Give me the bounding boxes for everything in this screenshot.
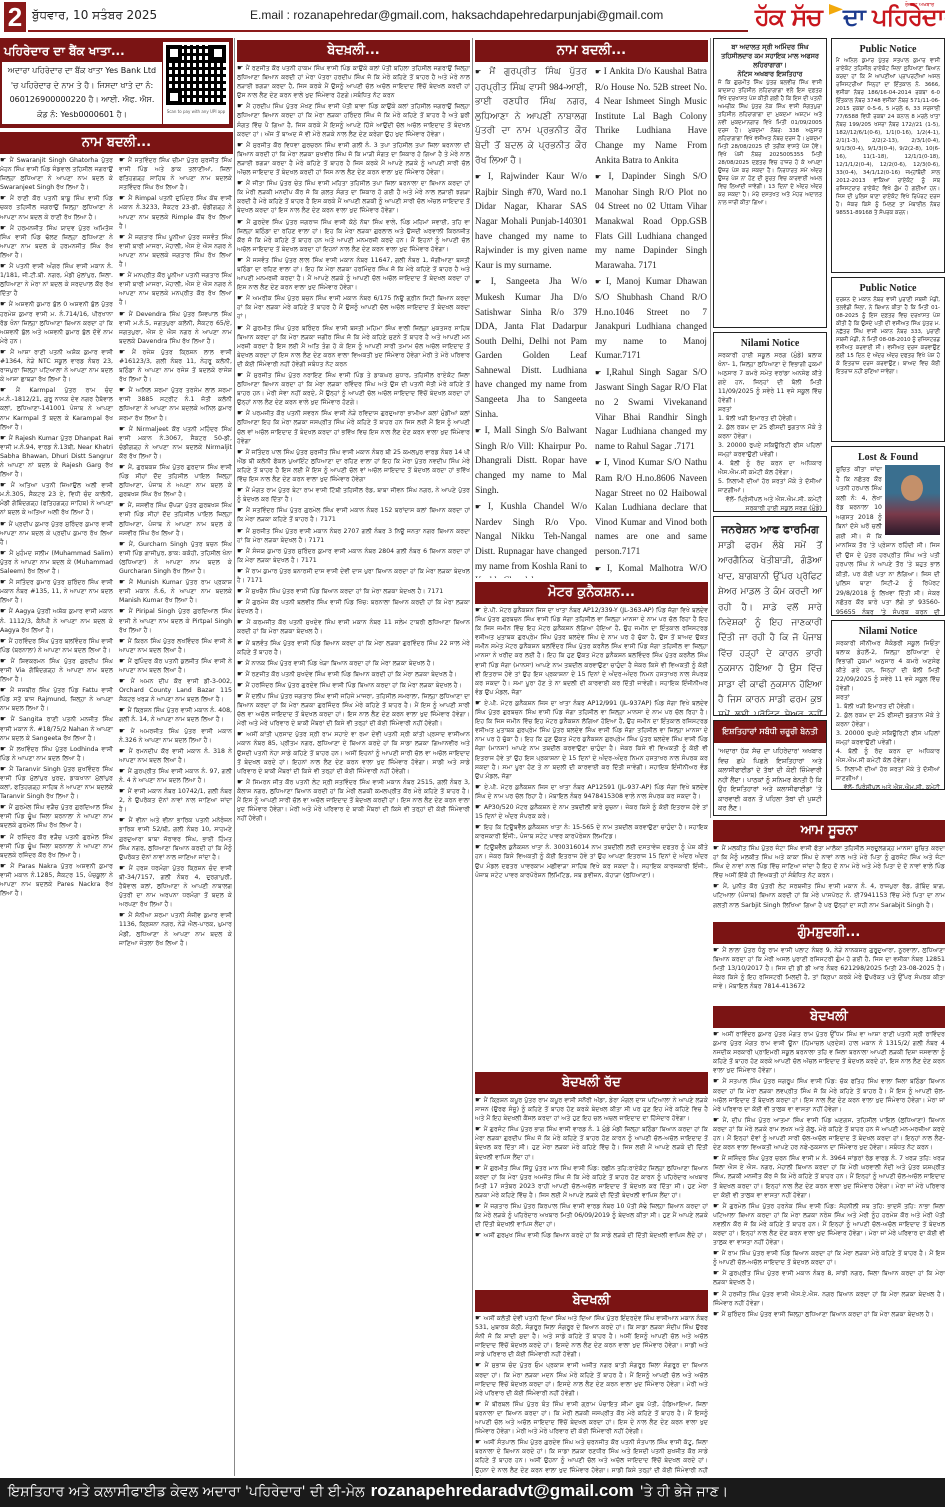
classified-entry: ਅਸੀਂ ਕਾਂਤੀ ਪ੍ਰਸਾਦ ਪੁੱਤਰ ਸ੍ਰੀ ਰਾਮ ਸਹਾਏ ਵਾ…	[237, 730, 470, 775]
classified-entry: I, Manoj Kumar Dhawan S/O Shubhash Chand…	[595, 274, 707, 363]
page-header: 2 ਬੁੱਧਵਾਰ, 10 ਸਤੰਬਰ 2025 E.mail : rozana…	[0, 0, 945, 36]
logo-text-1: ਹੱਕ ਸੱਚ	[755, 3, 829, 31]
classified-entry: ਟਿਊਬਵੈੱਲ ਕੁਨੈਕਸ਼ਨ ਖਾਤਾ ਨੰ. 300316014 ਨਾਮ…	[475, 843, 708, 879]
page-number: 2	[4, 2, 26, 32]
qr-code-icon	[166, 45, 226, 105]
bedakhli-right-section: ਬੇਦਖਲੀ ਅਸੀਂ ਰਾਵਿੰਦਰ ਕੁਮਾਰ ਪੁੱਤਰ ਮੰਗਤ ਰਾਮ…	[713, 1004, 945, 1476]
lost-and-found: Lost & Found ਸੂਚਿਤ ਕੀਤਾ ਜਾਂਦਾ ਹੈ ਕਿ ਨਛੱਤ…	[831, 446, 945, 616]
classified-entry: I, Sangeeta Jha W/o Mukesh Kumar Jha D/o…	[475, 274, 587, 421]
classified-entry: I, Mall Singh S/o Balwant Singh R/o Vill…	[475, 423, 587, 497]
header-divider	[28, 30, 748, 32]
motor-connection-section: ਮੋਟਰ ਕੁਨੈਕਸ਼ਨ... ਏ.ਪੀ. ਮੋਟਰ ਕੁਨੈਕਸ਼ਨ ਜਿਸ…	[475, 580, 708, 1070]
upi-qr-code[interactable]: Scan to pay with any UPI app	[163, 42, 229, 124]
court-notice-title: ਬਾ ਅਦਾਲਤ ਸ੍ਰੀ ਅਮਿੰਦਰ ਸਿੰਘ ਤਹਿਸੀਲਦਾਰ ਕਮ ਸ…	[718, 43, 822, 70]
naam-badli-left-column-1: ਮੈਂ Swaranjit Singh Ghatorha ਪੁੱਤਰ ਮੋਹਨ …	[0, 156, 113, 950]
classified-entry: ਮੈਂ ਗੁਰਦੇਵ ਸਿੰਘ ਪੁੱਤਰ ਜਗਰਾਜ ਸਿੰਘ ਵਾਸੀ ਕੋ…	[237, 218, 470, 254]
classified-entry: ਮੈਂ ਹਰਸ਼ ਧਰਮੰਗਾ ਪੁੱਤਰ ਕ੍ਰਿਸ਼ਨ ਚੰਦ ਵਾਸੀ ਬ…	[119, 864, 232, 909]
naam-badli-left-section: ਨਾਮ ਬਦਲੀ... ਮੈਂ Swaranjit Singh Ghatorha…	[0, 130, 233, 1476]
farming-title: ਜਨਰੇਸ਼ਨ ਆਫ ਫਾਰਮਿਗ	[718, 521, 822, 539]
nilami-intro: ਸਰਕਾਰੀ ਹਾਈ ਸਕੂਲ ਸਰਗ (ਮੁੰਡੇ) ਬਲਾਕ ਖੰਨਾ- 1…	[718, 351, 822, 405]
classified-entry: ਮੈਂ ਅਤਿਆ ਪਤਨੀ ਜ਼ਿਆਉਲ ਅਲੀ ਵਾਸੀ ਮ.ਨੰ.305, …	[0, 481, 113, 517]
classified-entry: ਮੈਂ ਆਸ਼ਾ ਰਾਣੀ ਪਤਨੀ ਅਸ਼ੋਕ ਕੁਮਾਰ ਵਾਸੀ #136…	[0, 348, 113, 384]
classified-entry: ਇਹ ਕਿ ਟਿਊਬਵੈੱਲ ਕੁਨੈਕਸ਼ਨ ਖਾਤਾ ਨੰ: 15-565 …	[475, 823, 708, 841]
classified-entry: ਮੈਂ Swaranjit Singh Ghatorha ਪੁੱਤਰ ਮੋਹਨ …	[0, 156, 113, 192]
classified-entry: ਮੈਂ ਗੁਰਜੰਟ ਸਿੰਘ ਪੁੱਤਰ ਭਾਗ ਸਿੰਘ ਵਾਸੀ ਵਾਰਡ…	[475, 1125, 708, 1161]
classified-entry: ਮੈਂ ਗੁਰਮੀਤ ਸਿੰਘ ਸਿੱਧੂ ਪੁੱਤਰ ਮਾਨ ਸਿੰਘ ਵਾਸ…	[475, 1164, 708, 1200]
footer-text-before: ਇਸ਼ਤਿਹਾਰ ਅਤੇ ਕਲਾਸੀਫਾਈਡ ਕੇਵਲ ਅਦਾਰਾ 'ਪਹਿਰੇ…	[8, 1484, 365, 1500]
aam-suchna-section: ਆਮ ਸੂਚਨਾ ਮੈਂ ਮਲਕੀਤ ਸਿੰਘ ਪੁੱਤਰ ਜੰਟਾ ਸਿੰਘ …	[713, 818, 945, 918]
nilami-condition: 4. ਬੋਲੀ ਨੂੰ ਰੱਦ ਕਰਨ ਦਾ ਅਧਿਕਾਰ ਐਸ.ਐਮ.ਸੀ ਕ…	[718, 459, 822, 477]
classified-entry: ਮੈਂ ਰਜੇਸ਼ ਪੁੱਤਰ ਕ੍ਰਿਸ਼ਨ ਲਾਲ ਵਾਸੀ #16123/…	[119, 348, 232, 384]
section-title-gumshudgi: ਗੁੰਮਸ਼ੁਦਗੀ...	[713, 922, 945, 944]
classified-entry: ਮੈਂ ਕ੍ਰਿਸ਼ਨ ਸਿੰਘ ਪੁੱਤਰ ਵਾਸੀ ਮਕਾਨ ਨੰ. 408…	[119, 706, 232, 724]
classified-entry: ਮੈਂ ਸੁਰਜੀਤ ਸਿੰਘ ਪੁੱਤਰ ਨਰਾਇਣ ਸਿੰਘ ਵਾਸੀ ਪਿ…	[237, 371, 470, 407]
nilami-condition: 2. ਕੁੱਲ ਰਕਮ ਦਾ 25 ਫੀਸਦੀ ਭੁਗਤਾਨ ਮੌਕੇ ਤੇ ਕ…	[718, 423, 822, 441]
section-title-bedakhli: ਬੇਦਖ਼ਲੀ...	[237, 40, 470, 62]
ad-request-body: 'ਅਦਾਰਾ ਹੱਕ ਸੱਚ ਦਾ ਪਹਿਰੇਦਾਰ' ਅਖਬਾਰ ਵਿਚ ਛਪ…	[714, 743, 826, 816]
aam-suchna-list: ਮੈਂ ਮਲਕੀਤ ਸਿੰਘ ਪੁੱਤਰ ਜੰਟਾ ਸਿੰਘ ਵਾਸੀ ਫੱਤਾ…	[713, 844, 945, 910]
classified-entry: ਮੈਂ ਨਾਨਕ ਸਿੰਘ ਪੁੱਤਰ ਵਾਸੀ ਪਿੰਡ ਖੇੜਾ ਬਿਆਨ …	[237, 659, 470, 668]
court-notice: ਬਾ ਅਦਾਲਤ ਸ੍ਰੀ ਅਮਿੰਦਰ ਸਿੰਘ ਤਹਿਸੀਲਦਾਰ ਕਮ ਸ…	[713, 38, 827, 328]
public-notice-title: Public Notice	[836, 43, 940, 57]
naam-badli-left-column-2: ਮੈਂ ਸਤਵਿੰਦਰ ਸਿੰਘ ਚੀਮਾ ਪੁੱਤਰ ਸੁਰਜੀਤ ਸਿੰਘ …	[119, 156, 232, 950]
bedakhli-center-section: ਬੇਦਖ਼ਲੀ... ਮੈਂ ਰਣਜੀਤ ਕੌਰ ਪਤਨੀ ਹਾਕਮ ਸਿੰਘ …	[237, 38, 470, 1476]
nilami-conditions-label: ਸ਼ਰਤਾਂ	[718, 405, 822, 414]
classified-entry: ਮੈਂ ਪ੍ਰਦੀਪ ਕੁਮਾਰ ਪੁੱਤਰ ਸੁਰਿੰਦਰ ਕੁਮਾਰ ਵਾਸ…	[0, 520, 113, 547]
classified-entry: I Ankita D/o Kaushal Batra R/o House No.…	[595, 64, 707, 167]
header-email: E.mail : rozanapehredar@gmail.com, haksa…	[250, 8, 663, 22]
classified-entry: ਮੈਂ ਰਣਜੀਤ ਕੌਰ ਪਤਨੀ ਸੁਖਦੇਵ ਸਿੰਘ ਵਾਸੀ ਪਿੰਡ…	[237, 670, 470, 679]
nilami-intro-2: ਸਰਕਾਰੀ ਸੀਨੀਅਰ ਸੈਕੰਡਰੀ ਸਕੂਲ ਜਿਓਂਤਾ ਬਲਾਕ ਡ…	[836, 639, 940, 693]
footer-email-link[interactable]: rozanapehredaradvt@gmail.com	[371, 1481, 634, 1500]
nilami-condition: 1. ਬੋਲੀ ਖੜੀ ਇਮਾਰਤ ਦੀ ਹੋਵੇਗੀ।	[836, 702, 940, 711]
classified-entry: AP30/520 ਮੋਟਰ ਕੁਨੈਕਸ਼ਨ ਦੇ ਨਾਮ ਤਬਦੀਲੀ ਬਾਰ…	[475, 803, 708, 821]
classified-entry: ਮੈਂ ਜਸਵੰਤ ਸਿੰਘ ਪੁੱਤਰ ਲਾਲ ਸਿੰਘ ਵਾਸੀ ਮਕਾਨ …	[237, 256, 470, 292]
classified-entry: ਮੈਂ ਸੁਭਾਸ਼ ਚੰਦ ਪੁੱਤਰ ਓਮ ਪ੍ਰਕਾਸ਼ ਵਾਸੀ ਅਜੀ…	[475, 1361, 708, 1397]
nilami-signature: ਵੱਲੋਂ- ਪ੍ਰਿੰਸੀਪਲ ਅਤੇ ਐਸ.ਐਮ.ਸੀ. ਕਮੇਟੀ ਸਰਕ…	[718, 495, 822, 512]
classified-entry: ਮੈਂ ਪਤਨੀ ਵਾਸੀ ਅੰਗਰ ਸਿੰਘ ਵਾਸੀ ਮਕਾਨ ਨੰ. 1/…	[0, 262, 113, 298]
section-title-bedakhli-radd: ਬੇਦਖਲੀ ਰੱਦ	[475, 1072, 708, 1094]
naam-badli-center-section: ਨਾਮ ਬਦਲੀ... ਮੈਂ ਗੁਰਪ੍ਰੀਤ ਸਿੰਘ ਪੁੱਤਰ ਹਰਪ੍…	[475, 38, 708, 578]
bank-details: ਅਦਾਰਾ ਪਹਿਰੇਦਾਰ ਦਾ ਬੈਂਕ ਖਾਤਾ Yes Bank Ltd…	[2, 62, 162, 124]
gumshudgi-list: ਮੈਂ ਲਾਲਾ ਪੁੱਤਰ ਧੰਨੂ ਰਾਮ ਵਾਸੀ ਪਲਾਟ ਨੰਬਰ 9…	[713, 946, 945, 991]
classified-entry: ਮੈਂ ਅਮਰਜੀਤ ਸਿੰਘ ਪੁੱਤਰ ਵਾਸੀ ਮਕਾਨ ਨੰ.326 ਨ…	[119, 727, 232, 745]
classified-entry: ਮੈਂ ਰਾਮ ਸਿੰਘ ਪੁੱਤਰ ਵਾਸੀ ਪਿੰਡ ਬਿਆਨ ਕਰਦਾ ਹ…	[713, 1249, 945, 1267]
bedakhli-bottom-list: ਅਸੀਂ ਕਲੋਤੀ ਦੇਵੀ ਪਤਨੀ ਦਿਆ ਸਿੰਘ ਅਤੇ ਦਿਆ ਸਿ…	[475, 1314, 708, 1476]
classified-entry: ਮੈਂ, ਗੁਰਬਕਸ਼ ਸਿੰਘ ਪੁੱਤਰ ਗੁਰਦਾਸ ਸਿੰਘ ਵਾਸੀ…	[119, 463, 232, 499]
classified-entry: ਮੈਂ Paras Nakra ਪੁੱਤਰ ਅਸ਼ਵਨੀ ਕੁਮਾਰ ਵਾਸੀ …	[0, 862, 113, 898]
ad-request-title: ਇਸ਼ਤਿਹਾਰਾਂ ਸਬੰਧੀ ਜ਼ਰੂਰੀ ਬੇਨਤੀ	[714, 721, 826, 743]
nilami-title-2: Nilami Notice	[836, 625, 940, 639]
classified-entry: I,Rahul Singh Sagar S/O Jaswant Singh Sa…	[595, 365, 707, 454]
classified-entry: ਮੈਂ ਅਸ਼ਵਨੀ ਕੁਮਾਰ ਬੁੱਲ 0 ਅਸ਼ਵਨੀ ਬੁੱਲ ਪੁੱਤ…	[0, 300, 113, 345]
classified-entry: ਮੈਂ ਵਾਸੀ ਮਕਾਨ ਨੰਬਰ 10742/1, ਗਲੀ ਨੰਬਰ 2, …	[119, 787, 232, 814]
lost-found-title: Lost & Found	[836, 451, 940, 465]
public-notice-body-2: ਦਰਸ਼ਨ ਦੇ ਮਕਾਨ ਨੰਬਰ ਵਾਸੀ ਪੁਰਾਣੀ ਸਬਜ਼ੀ ਮੰਡ…	[836, 296, 940, 376]
nilami-notice-1: Nilami Notice ਸਰਕਾਰੀ ਹਾਈ ਸਕੂਲ ਸਰਗ (ਮੁੰਡੇ…	[713, 332, 827, 512]
classified-entry: ਮੈਂ Munish Kumar ਪੁੱਤਰ ਰਾਮ ਪ੍ਰਕਾਸ਼ ਵਾਸੀ …	[119, 578, 232, 605]
classified-entry: I, Kushla Chandel W/o Nardev Singh R/o V…	[475, 499, 587, 578]
nilami-condition: 3. 20000 ਰੁਪਏ ਸਕਿਊਰਿਟੀ ਫੀਸ ਪਹਿਲਾਂ ਜਮ੍ਹਾਂ…	[836, 729, 940, 747]
classified-entry: ਮੈਂ Rimpal ਪਤਨੀ ਦੁਪਿੰਦਰ ਸਿੰਘ ਕੋਂਥ ਵਾਸੀ ਮ…	[119, 194, 232, 230]
publication-date: ਬੁੱਧਵਾਰ, 10 ਸਤੰਬਰ 2025	[32, 8, 157, 23]
classified-entry: ਮੈਂ ਗੁਰਮੀਤ ਸਿੰਘ ਪੁੱਤਰ ਬਰਿੰਦਰ ਸਿੰਘ ਵਾਸੀ ਬ…	[237, 324, 470, 369]
classified-entry: ਮੈਂ ਅਮਰੀਕ ਸਿੰਘ ਪੁੱਤਰ ਬਚਨ ਸਿੰਘ ਵਾਸੀ ਮਕਾਨ …	[237, 294, 470, 321]
classified-entry: ਮੈਂ ਸ਼ਿਵਕਰਮਨ ਸਿੰਘ ਪੁੱਤਰ ਗੁਰਦੀਪ ਸਿੰਘ ਵਾਸੀ…	[0, 657, 113, 684]
bedakhli-bottom-section: ਬੇਦਖਲੀ ਅਸੀਂ ਕਲੋਤੀ ਦੇਵੀ ਪਤਨੀ ਦਿਆ ਸਿੰਘ ਅਤੇ…	[475, 1288, 708, 1476]
classified-entry: ਮੈਂ ਜਸਿੰਦਰ ਸਿੰਘ ਪੁੱਤਰ ਚਰਨ ਸਿੰਘ ਵਾਸੀ ਮ ਨੰ…	[713, 1154, 945, 1199]
footer-banner: ਇਸ਼ਤਿਹਾਰ ਅਤੇ ਕਲਾਸੀਫਾਈਡ ਕੇਵਲ ਅਦਾਰਾ 'ਪਹਿਰੇ…	[0, 1478, 945, 1507]
flag-icon	[829, 4, 843, 22]
column-divider	[710, 38, 711, 818]
classified-entry: ਮੈਂ ਹਰਮਨਜੀਤ ਸਿੰਘ ਯਾਦਵ ਪੁੱਤਰ ਅਮਿਤੋਜ ਸਿੰਘ …	[0, 224, 113, 260]
nilami-title: Nilami Notice	[718, 337, 822, 351]
classified-entry: I, Rajwinder Kaur W/o Rajbir Singh #70, …	[475, 169, 587, 272]
public-notice-title-2: Public Notice	[836, 282, 940, 296]
classified-entry: ਮੈਂ Aagya ਪੁੱਤਰੀ ਅਸ਼ੋਕ ਕੁਮਾਰ ਵਾਸੀ ਮਕਾਨ ਨ…	[0, 607, 113, 634]
classified-entry: ਮੈਂ Piripal Singh ਪੁੱਤਰ ਗੁਰਦਿਆਲ ਸਿੰਘ ਵਾਸ…	[119, 607, 232, 634]
classified-entry: ਮੈਂ ਸੁਰਜੀਤ ਸਿੰਘ ਪੁੱਤਰ ਵਾਸੀ ਮਕਾਨ ਨੰਬਰ 270…	[237, 527, 470, 545]
nilami-condition: 4. ਬੋਲੀ ਨੂੰ ਰੱਦ ਕਰਨ ਦਾ ਅਧਿਕਾਰ ਐਸ.ਐਮ.ਸੀ ਕ…	[836, 747, 940, 765]
classified-entry: ਮੈਂ ਮੰਗਤ ਰਾਮ ਪੁੱਤਰ ਬੇਟਾ ਰਾਮ ਵਾਸੀ ਟਿੱਬੀ ਤ…	[237, 486, 470, 504]
bank-account-box: ਪਹਿਰੇਦਾਰ ਦਾ ਬੈਂਕ ਖਾਤਾ... ਅਦਾਰਾ ਪਹਿਰੇਦਾਰ …	[0, 38, 233, 128]
ad-request-notice: ਇਸ਼ਤਿਹਾਰਾਂ ਸਬੰਧੀ ਜ਼ਰੂਰੀ ਬੇਨਤੀ 'ਅਦਾਰਾ ਹੱਕ…	[713, 720, 827, 816]
classified-entry: ਮੈਂ ਸਤਵਿੰਦਰ ਸਿੰਘ ਪੁੱਤਰ ਗੁਰਮੇਲ ਸਿੰਘ ਵਾਸੀ …	[237, 506, 470, 524]
logo-text-2: ਦਾ	[843, 3, 872, 31]
right-column-a: ਬਾ ਅਦਾਲਤ ਸ੍ਰੀ ਅਮਿੰਦਰ ਸਿੰਘ ਤਹਿਸੀਲਦਾਰ ਕਮ ਸ…	[713, 38, 827, 818]
classified-entry: ਮੈਂ ਗੁਰਪ੍ਰੀਤ ਸਿੰਘ ਵਾਸੀ ਮਕਾਨ ਨੰ. 97, ਗਲੀ …	[119, 767, 232, 785]
classified-entry: ਮੈਂ ਰਾਣੀ ਕੌਰ ਪਤਨੀ ਬਾਬੂ ਸਿੰਘ ਵਾਸੀ ਪਿੰਡ ਚਕ…	[0, 194, 113, 221]
classified-entry: ਮੈਂ ਰਮਨਦੀਪ ਕੌਰ ਵਾਸੀ ਮਕਾਨ ਨੰ. 318 ਨੇ ਆਪਣਾ…	[119, 747, 232, 765]
classified-entry: ਮੈਂ ਹਰਜਿੰਦਰ ਸਿੰਘ ਪੁੱਤਰ ਗੁਰਦੇਵ ਸਿੰਘ ਵਾਸੀ …	[237, 681, 470, 690]
farming-body: ਸਾਡੀ ਫਰਮ ਲੰਬੇ ਸਮੇਂ ਤੋਂ ਆਰਗੈਨਿਕ ਖੇਤੀਬਾੜੀ,…	[718, 539, 822, 716]
classified-entry: ਅਸੀਂ ਗੁਰਮੁਖ ਸਿੰਘ ਵਾਸੀ ਪਿੰਡ ਬਿਆਨ ਕਰਦੇ ਹਾਂ…	[475, 1231, 708, 1240]
column-divider	[234, 38, 235, 1476]
footer-text-after: 'ਤੇ ਹੀ ਭੇਜੇ ਜਾਣ।	[640, 1484, 728, 1500]
classified-entry: ਮੈਂ ਮਲਕੀਤ ਸਿੰਘ ਪੁੱਤਰ ਜੰਟਾ ਸਿੰਘ ਵਾਸੀ ਫੱਤਾ…	[713, 844, 945, 880]
section-title-aam-suchna: ਆਮ ਸੂਚਨਾ	[713, 820, 945, 842]
public-notice-body: ਮੈਂ ਅਨਿਲ ਕੁਮਾਰ ਪੁੱਤਰ ਸਤਪਾਲ ਕੁਮਾਰ ਵਾਸੀ ਰਾ…	[836, 57, 940, 217]
classified-entry: ਮੈਂ ਹਰਜੀਤ ਸਿੰਘ ਪੁੱਤਰ ਵਾਸੀ ਐਸ.ਏ.ਐਸ. ਨਗਰ ਬ…	[713, 1290, 945, 1308]
classified-entry: ਅਸੀਂ ਰਾਵਿੰਦਰ ਕੁਮਾਰ ਪੁੱਤਰ ਮੰਗਤ ਰਾਮ ਪੁੱਤਰ …	[713, 1030, 945, 1075]
classified-entry: ਮੈਂ ਗੁਰਮੇਜ ਕੌਰ ਪਤਨੀ ਬਲਵੀਰ ਸਿੰਘ ਵਾਸੀ ਪਿੰਡ…	[237, 598, 470, 616]
bedakhli-center-list: ਮੈਂ ਰਣਜੀਤ ਕੌਰ ਪਤਨੀ ਹਾਕਮ ਸਿੰਘ ਵਾਸੀ ਪਿੰਡ ਕ…	[237, 64, 470, 823]
bedakhli-right-list: ਅਸੀਂ ਰਾਵਿੰਦਰ ਕੁਮਾਰ ਪੁੱਤਰ ਮੰਗਤ ਰਾਮ ਪੁੱਤਰ …	[713, 1030, 945, 1319]
naam-badli-center-column-2: I Ankita D/o Kaushal Batra R/o House No.…	[595, 64, 707, 578]
column-divider	[472, 38, 473, 1476]
classified-entry: ਮੈਂ, Gurcharn Singh ਪੁੱਤਰ ਬਚਨ ਸਿੰਘ ਵਾਸੀ …	[119, 540, 232, 576]
section-title-motor-connection: ਮੋਟਰ ਕੁਨੈਕਸ਼ਨ...	[475, 582, 708, 604]
classified-entry: ਮੈਂ ਵੀਨਾ ਅਤੇ ਵੀਨਾ ਭਾਰਿਕ ਪਤਨੀ ਮਨੋਰੰਜਨ ਭਾਰ…	[119, 816, 232, 861]
nilami-condition: 2. ਕੁੱਲ ਰਕਮ ਦਾ 25 ਫੀਸਦੀ ਭੁਗਤਾਨ ਮੌਕੇ ਤੇ ਕ…	[836, 711, 940, 729]
classified-entry: ਅਸੀਂ ਸੰਤਪਾਲ ਸਿੰਘ ਪੁੱਤਰ ਗੁਰਦੇਵ ਸਿੰਘ ਅਤੇ ਚ…	[475, 1438, 708, 1476]
section-title-bedakhli-right: ਬੇਦਖਲੀ	[713, 1006, 945, 1028]
court-notice-body: ਜੋ ਕਿ ਗੁਰਮੀਤ ਸਿੰਘ ਪੁੱਤਰ ਬਲਵੀਰ ਸਿੰਘ ਵਾਸੀ …	[718, 79, 822, 207]
classified-entry: ਮੈਂ ਰਾਮ ਕੁਮਾਰ ਪੁੱਤਰ ਬਨਾਰਸੀ ਦਾਸ ਵਾਸੀ ਦੇਵੀ…	[237, 567, 470, 585]
public-notice-2: Public Notice ਦਰਸ਼ਨ ਦੇ ਮਕਾਨ ਨੰਬਰ ਵਾਸੀ ਪੁ…	[831, 277, 945, 442]
classified-entry: ਮੈਂ ਸੁਰਿੰਦਰ ਸਿੰਘ ਪੁੱਤਰ ਵਾਸੀ ਜ਼ਿਲ੍ਹਾ ਲੁਧਿ…	[713, 1310, 945, 1319]
classified-entry: ਮੈਂ ਰਣਜੀਤ ਕੌਰ ਪਤਨੀ ਹਾਕਮ ਸਿੰਘ ਵਾਸੀ ਪਿੰਡ ਕ…	[237, 64, 470, 100]
classified-entry: ਮੈਂ ਅਨਿਲ ਸ਼ਰਮਾ ਪੁੱਤਰ ਤਰਸੇਮ ਲਾਲ ਸ਼ਰਮਾ ਵਾਸ…	[119, 386, 232, 422]
classified-entry: ਮੈਂ ਬਲਵੰਤ ਸਿੰਘ ਪੁੱਤਰ ਵਾਸੀ ਪਿੰਡ ਬਿਆਨ ਕਰਦਾ…	[237, 639, 470, 657]
classified-entry: ਮੈਂ ਕਿਰਨ ਸਿੰਘ ਪੁੱਤਰ ਲਖਵਿੰਦਰ ਸਿੰਘ ਵਾਸੀ ਨੇ…	[119, 637, 232, 655]
bedakhli-radd-list: ਮੈਂ ਕ੍ਰਿਸ਼ਨ ਕਪੂਰ ਪੁੱਤਰ ਰਾਮ ਕਪੂਰ ਵਾਸੀ ਸਨੌ…	[475, 1096, 708, 1240]
classified-entry: ਮੈਂ ਰਜਿੰਦਰ ਕੌਰ ਵੜੈਚ ਪਤਨੀ ਗੁਰਮੇਲ ਸਿੰਘ ਵਾਸ…	[0, 833, 113, 860]
classified-entry: ਮੈਂ, ਦੀਪ ਸਿੰਘ ਪੁੱਤਰ ਆਤਮਾ ਸਿੰਘ ਵਾਸੀ ਪਿੰਡ …	[713, 1116, 945, 1152]
classified-entry: ਮੈਂ Rajesh Kumar ਪੁੱਤਰ Dhanpat Rai ਵਾਸੀ …	[0, 434, 113, 479]
classified-entry: ਮੈਂ Nirmaljeet ਕੌਰ ਪਤਨੀ ਮਹਿੰਦਰ ਸਿੰਘ ਵਾਸੀ…	[119, 425, 232, 461]
classified-entry: ਮੈਂ Karmpal ਪੁੱਤਰ ਰਾਮ ਚੰਦ ਮ.ਨੰ.-1812/21,…	[0, 386, 113, 431]
classified-entry: I, Komal Malhotra W/O Saurabh Malhotra R…	[595, 561, 707, 578]
classified-entry: ਅਸੀਂ ਕਲੋਤੀ ਦੇਵੀ ਪਤਨੀ ਦਿਆ ਸਿੰਘ ਅਤੇ ਦਿਆ ਸਿ…	[475, 1314, 708, 1359]
bank-title: ਪਹਿਰੇਦਾਰ ਦਾ ਬੈਂਕ ਖਾਤਾ...	[4, 42, 125, 60]
classified-entry: ਮੈਂ ਗੁਰਮੇਲ ਸਿੰਘ ਪੁੱਤਰ ਹਰਨੇਕ ਸਿੰਘ ਵਾਸੀ ਪਿ…	[713, 1202, 945, 1247]
qr-caption: Scan to pay with any UPI app	[166, 109, 226, 114]
classified-entry: ਮੈਂ, ਜਸਵੀਰ ਸਿੰਘ ਚੌਪੜਾ ਪੁੱਤਰ ਗੁਰਬਖਸ਼ ਸਿੰਘ…	[119, 501, 232, 537]
nilami-signature-2: ਵੱਲੋਂ- ਪ੍ਰਿੰਸੀਪਲ ਅਤੇ ਐਸ.ਐਮ.ਸੀ. ਕਮੇਟੀ ਸਰਕ…	[836, 783, 940, 790]
court-notice-subtitle: ਨੋਟਿਸ ਅਖਬਾਰ ਇਸ਼ਤਿਹਾਰ	[718, 70, 822, 79]
classified-entry: ਮੈਂ Devendra ਸਿੰਘ ਪੁੱਤਰ ਸ਼ਿਵਪਾਲ ਸਿੰਘ ਵਾਸ…	[119, 310, 232, 346]
classified-entry: ਮੈਂ ਗੁਰਮੇਲ ਸਿੰਘ ਵੜੈਚ ਪੁੱਤਰ ਗੁਰਦਿਆਲ ਸਿੰਘ …	[0, 803, 113, 830]
classified-entry: ਮੈਂ ਗੁਰਪ੍ਰੀਤ ਸਿੰਘ ਪੁੱਤਰ ਹਰਪ੍ਰੀਤ ਸਿੰਘ ਵਾਸ…	[475, 64, 587, 167]
public-notice-1: Public Notice ਮੈਂ ਅਨਿਲ ਕੁਮਾਰ ਪੁੱਤਰ ਸਤਪਾਲ…	[831, 38, 945, 273]
classified-entry: ਮੈਂ ਜੀਤਾ ਸਿੰਘ ਪੁੱਤਰ ਚੇਤ ਸਿੰਘ ਵਾਸੀ ਮਹਿਤਾ …	[237, 179, 470, 215]
classified-entry: ਏ.ਪੀ. ਮੋਟਰ ਕੁਨੈਕਸ਼ਨ ਜਿਸ ਦਾ ਖਾਤਾ ਨੰਬਰ AP1…	[475, 699, 708, 781]
classified-entry: ਮੈਂ ਰੁਪਿੰਦਰ ਕੌਰ ਪਤਨੀ ਕੁਲਜੀਤ ਸਿੰਘ ਵਾਸੀ ਨੇ…	[119, 657, 232, 675]
classified-entry: ਮੈਂ ਲਾਲਾ ਪੁੱਤਰ ਧੰਨੂ ਰਾਮ ਵਾਸੀ ਪਲਾਟ ਨੰਬਰ 9…	[713, 946, 945, 991]
section-title-naam-badli-2: ਨਾਮ ਬਦਲੀ...	[475, 40, 708, 62]
naam-badli-center-column-1: ਮੈਂ ਗੁਰਪ੍ਰੀਤ ਸਿੰਘ ਪੁੱਤਰ ਹਰਪ੍ਰੀਤ ਸਿੰਘ ਵਾਸ…	[475, 64, 587, 578]
classified-entry: ਮੈਂ ਸੋਨੀਆ ਸ਼ਰਮਾ ਪਤਨੀ ਸੰਜੀਵ ਕੁਮਾਰ ਵਾਸੀ 11…	[119, 911, 232, 947]
nilami-condition: 5. ਨਿਲਾਮੀ ਦੀਆਂ ਹੋਰ ਸ਼ਰਤਾਂ ਮੌਕੇ ਤੇ ਦੱਸੀਆਂ…	[718, 477, 822, 495]
classified-entry: ਏ.ਪੀ. ਮੋਟਰ ਕੁਨੈਕਸ਼ਨ ਜਿਸ ਦਾ ਖਾਤਾ ਨੰਬਰ AP1…	[475, 606, 708, 697]
classified-entry: ਮੈਂ ਸਿਮਰਨ ਜੀਤ ਕੌਰ ਪਤਨੀ ਲੇਟ ਸ੍ਰੀ ਸਤਵਿੰਦਰ …	[237, 778, 470, 823]
classified-entry: ਮੈਂ ਸਤਪਾਲ ਸਿੰਘ ਪੁੱਤਰ ਜਗਰੂਪ ਸਿੰਘ ਵਾਸੀ ਪਿੰ…	[713, 1077, 945, 1113]
bedakhli-radd-section: ਬੇਦਖਲੀ ਰੱਦ ਮੈਂ ਕ੍ਰਿਸ਼ਨ ਕਪੂਰ ਪੁੱਤਰ ਰਾਮ ਕਪ…	[475, 1070, 708, 1285]
nilami-condition: 3. 20000 ਰੁਪਏ ਸਕਿਊਰਿਟੀ ਫੀਸ ਪਹਿਲਾਂ ਜਮ੍ਹਾਂ…	[718, 441, 822, 459]
classified-entry: ਮੈਂ ਸਤਵਿੰਦਰ ਸਿੰਘ ਚੀਮਾ ਪੁੱਤਰ ਸੁਰਜੀਤ ਸਿੰਘ …	[119, 156, 232, 192]
section-title-naam-badli: ਨਾਮ ਬਦਲੀ...	[0, 132, 233, 154]
classified-entry: ਮੈਂ ਜਗਤਾਰ ਸਿੰਘ ਪੂਨੀਆ ਪੁੱਤਰ ਜਸਵੰਤ ਸਿੰਘ ਵਾ…	[119, 233, 232, 269]
right-column-b: Public Notice ਮੈਂ ਅਨਿਲ ਕੁਮਾਰ ਪੁੱਤਰ ਸਤਪਾਲ…	[831, 38, 945, 818]
classified-entry: ਮੈਂ ਸੁਰਜੀਤ ਕੌਰ ਵਿਧਵਾ ਗੁਰਚਰਨ ਸਿੰਘ ਵਾਸੀ ਗਲ…	[237, 141, 470, 177]
classified-entry: ਮੈਂ ਦਲੀਪ ਸਿੰਘ ਪੁੱਤਰ ਜਗਤਾਰ ਸਿੰਘ ਵਾਸੀ ਜਹਿਜ…	[237, 692, 470, 728]
classified-entry: ਮੈਂ Sangita ਰਾਣੀ ਪਤਨੀ ਮਨਜੀਤ ਸਿੰਘ ਵਾਸੀ ਮਕ…	[0, 715, 113, 742]
nilami-condition: 1. ਬੋਲੀ ਖੜੀ ਇਮਾਰਤ ਦੀ ਹੋਵੇਗੀ।	[718, 414, 822, 423]
classified-entry: ਮੈਂ ਸਤਿੰਦਰ ਕੁਮਾਰ ਪੁੱਤਰ ਸੁਰਿੰਦਰ ਸਿੰਘ ਵਾਸੀ…	[0, 578, 113, 605]
classified-entry: ਮੈਂ Taranvir Singh ਪੁੱਤਰ ਸੁਖਵਿੰਦਰ ਸਿੰਘ ਵ…	[0, 765, 113, 801]
classified-entry: ਮੈਂ ਗੁਰਪ੍ਰੀਤ ਸਿੰਘ ਪੁੱਤਰ ਵਾਸੀ ਮਕਾਨ ਨੰਬਰ 8…	[713, 1269, 945, 1287]
nilami-notice-2: Nilami Notice ਸਰਕਾਰੀ ਸੀਨੀਅਰ ਸੈਕੰਡਰੀ ਸਕੂਲ…	[831, 620, 945, 790]
section-title-bedakhli-bottom: ਬੇਦਖਲੀ	[475, 1290, 708, 1312]
classified-entry: ਮੈਂ ਅਮਨ ਦੀਪ ਕੌਰ ਵਾਸੀ ਡੀ-3-002, Orchard C…	[119, 677, 232, 704]
classified-entry: ਮੈਂ, ਪੁਨੀਤ ਕੌਰ ਪੁੱਤਰੀ ਲੇਟ ਸਰਬਜੀਤ ਸਿੰਘ ਵਾ…	[713, 882, 945, 909]
classified-entry: ਮੈਂ ਬੀਰਬਲ ਸਿੰਘ ਪੁੱਤਰ ਬੰਤ ਸਿੰਘ ਵਾਸੀ ਗ੍ਰਾਮ…	[475, 1400, 708, 1436]
classified-entry: I, Vinod Kumar S/O Nathu Ram R/O H.no.86…	[595, 455, 707, 558]
classified-entry: ਮੈਂ ਜਤਿੰਦਰ ਪਾਲ ਸਿੰਘ ਪੁੱਤਰ ਸੁਰਜੀਤ ਸਿੰਘ ਵਾ…	[237, 448, 470, 484]
classified-entry: ਮੈਂ ਮੁਹੰਮਦ ਸਲੀਮ (Muhammad Salim) ਪੁੱਤਰ ਨ…	[0, 549, 113, 576]
classified-entry: ਮੈਂ ਮਨਪ੍ਰੀਤ ਕੌਰ ਪੂਨੀਆ ਪਤਨੀ ਜਗਤਾਰ ਸਿੰਘ ਵਾ…	[119, 271, 232, 307]
logo-tagline: ਰੋਜ਼ਾਨਾ ਅਖ਼ਬਾਰ	[905, 2, 934, 8]
classified-entry: ਮੈਂ ਹਰਦੀਪ ਸਿੰਘ ਪੁੱਤਰ ਮੱਖਣ ਸਿੰਘ ਵਾਸੀ ਪੱਤੀ…	[237, 102, 470, 138]
nilami-condition: 5. ਨਿਲਾਮੀ ਦੀਆਂ ਹੋਰ ਸ਼ਰਤਾਂ ਮੌਕੇ ਤੇ ਦੱਸੀਆਂ…	[836, 765, 940, 783]
motor-connection-list: ਏ.ਪੀ. ਮੋਟਰ ਕੁਨੈਕਸ਼ਨ ਜਿਸ ਦਾ ਖਾਤਾ ਨੰਬਰ AP1…	[475, 606, 708, 880]
classified-entry: ਮੈਂ ਹਰਵਿੰਦਰ ਸਿੰਘ ਪੁੱਤਰ ਬਲਵਿੰਦਰ ਸਿੰਘ ਵਾਸੀ…	[0, 637, 113, 655]
classified-entry: I, Dapinder Singh S/O Manohar Singh R/O …	[595, 169, 707, 272]
missing-person-photo	[885, 465, 940, 535]
nilami-conditions-label-2: ਸ਼ਰਤਾਂ	[836, 693, 940, 702]
classified-entry: ਮੈਂ ਜਸਬੀਰ ਸਿੰਘ ਪੁੱਤਰ ਪਿੰਡ Fattu ਵਾਸੀ ਪਿੰ…	[0, 686, 113, 713]
classified-entry: ਮੈਂ ਪਰਮਜੀਤ ਕੌਰ ਪਤਨੀ ਸਵਰਨ ਸਿੰਘ ਵਾਸੀ ਨੇੜੇ …	[237, 409, 470, 445]
classified-entry: ਮੈਂ ਕ੍ਰਿਸ਼ਨ ਕਪੂਰ ਪੁੱਤਰ ਰਾਮ ਕਪੂਰ ਵਾਸੀ ਸਨੌ…	[475, 1096, 708, 1123]
classified-entry: ਮੈਂ ਕਰਮਜੀਤ ਕੌਰ ਪਤਨੀ ਸੁਖਦੇਵ ਸਿੰਘ ਵਾਸੀ ਮਕਾ…	[237, 618, 470, 636]
classified-entry: ਮੈਂ ਲਖਵਿੰਦਰ ਸਿੰਘ ਪੁੱਤਰ Lodhinda ਵਾਸੀ ਪਿੰ…	[0, 745, 113, 763]
classified-entry: ਮੈਂ ਜਗਤਾਰ ਸਿੰਘ ਪੁੱਤਰ ਕਿਰਪਾਲ ਸਿੰਘ ਵਾਸੀ ਵਾ…	[475, 1202, 708, 1229]
classified-entry: ਏ.ਪੀ. ਮੋਟਰ ਕੁਨੈਕਸ਼ਨ ਜਿਸ ਦਾ ਖਾਤਾ ਨੰਬਰ AP1…	[475, 783, 708, 801]
classified-entry: ਮੈਂ ਸੁਖਚੈਨ ਸਿੰਘ ਪੁੱਤਰ ਵਾਸੀ ਪਿੰਡ ਬਿਆਨ ਕਰਦ…	[237, 587, 470, 596]
farming-notice: ਜਨਰੇਸ਼ਨ ਆਫ ਫਾਰਮਿਗ ਸਾਡੀ ਫਰਮ ਲੰਬੇ ਸਮੇਂ ਤੋਂ…	[713, 516, 827, 716]
classified-entry: ਮੈਂ ਸੰਜਯ ਕੁਮਾਰ ਪੁੱਤਰ ਸੁਰਿੰਦਰ ਕੁਮਾਰ ਵਾਸੀ …	[237, 547, 470, 565]
